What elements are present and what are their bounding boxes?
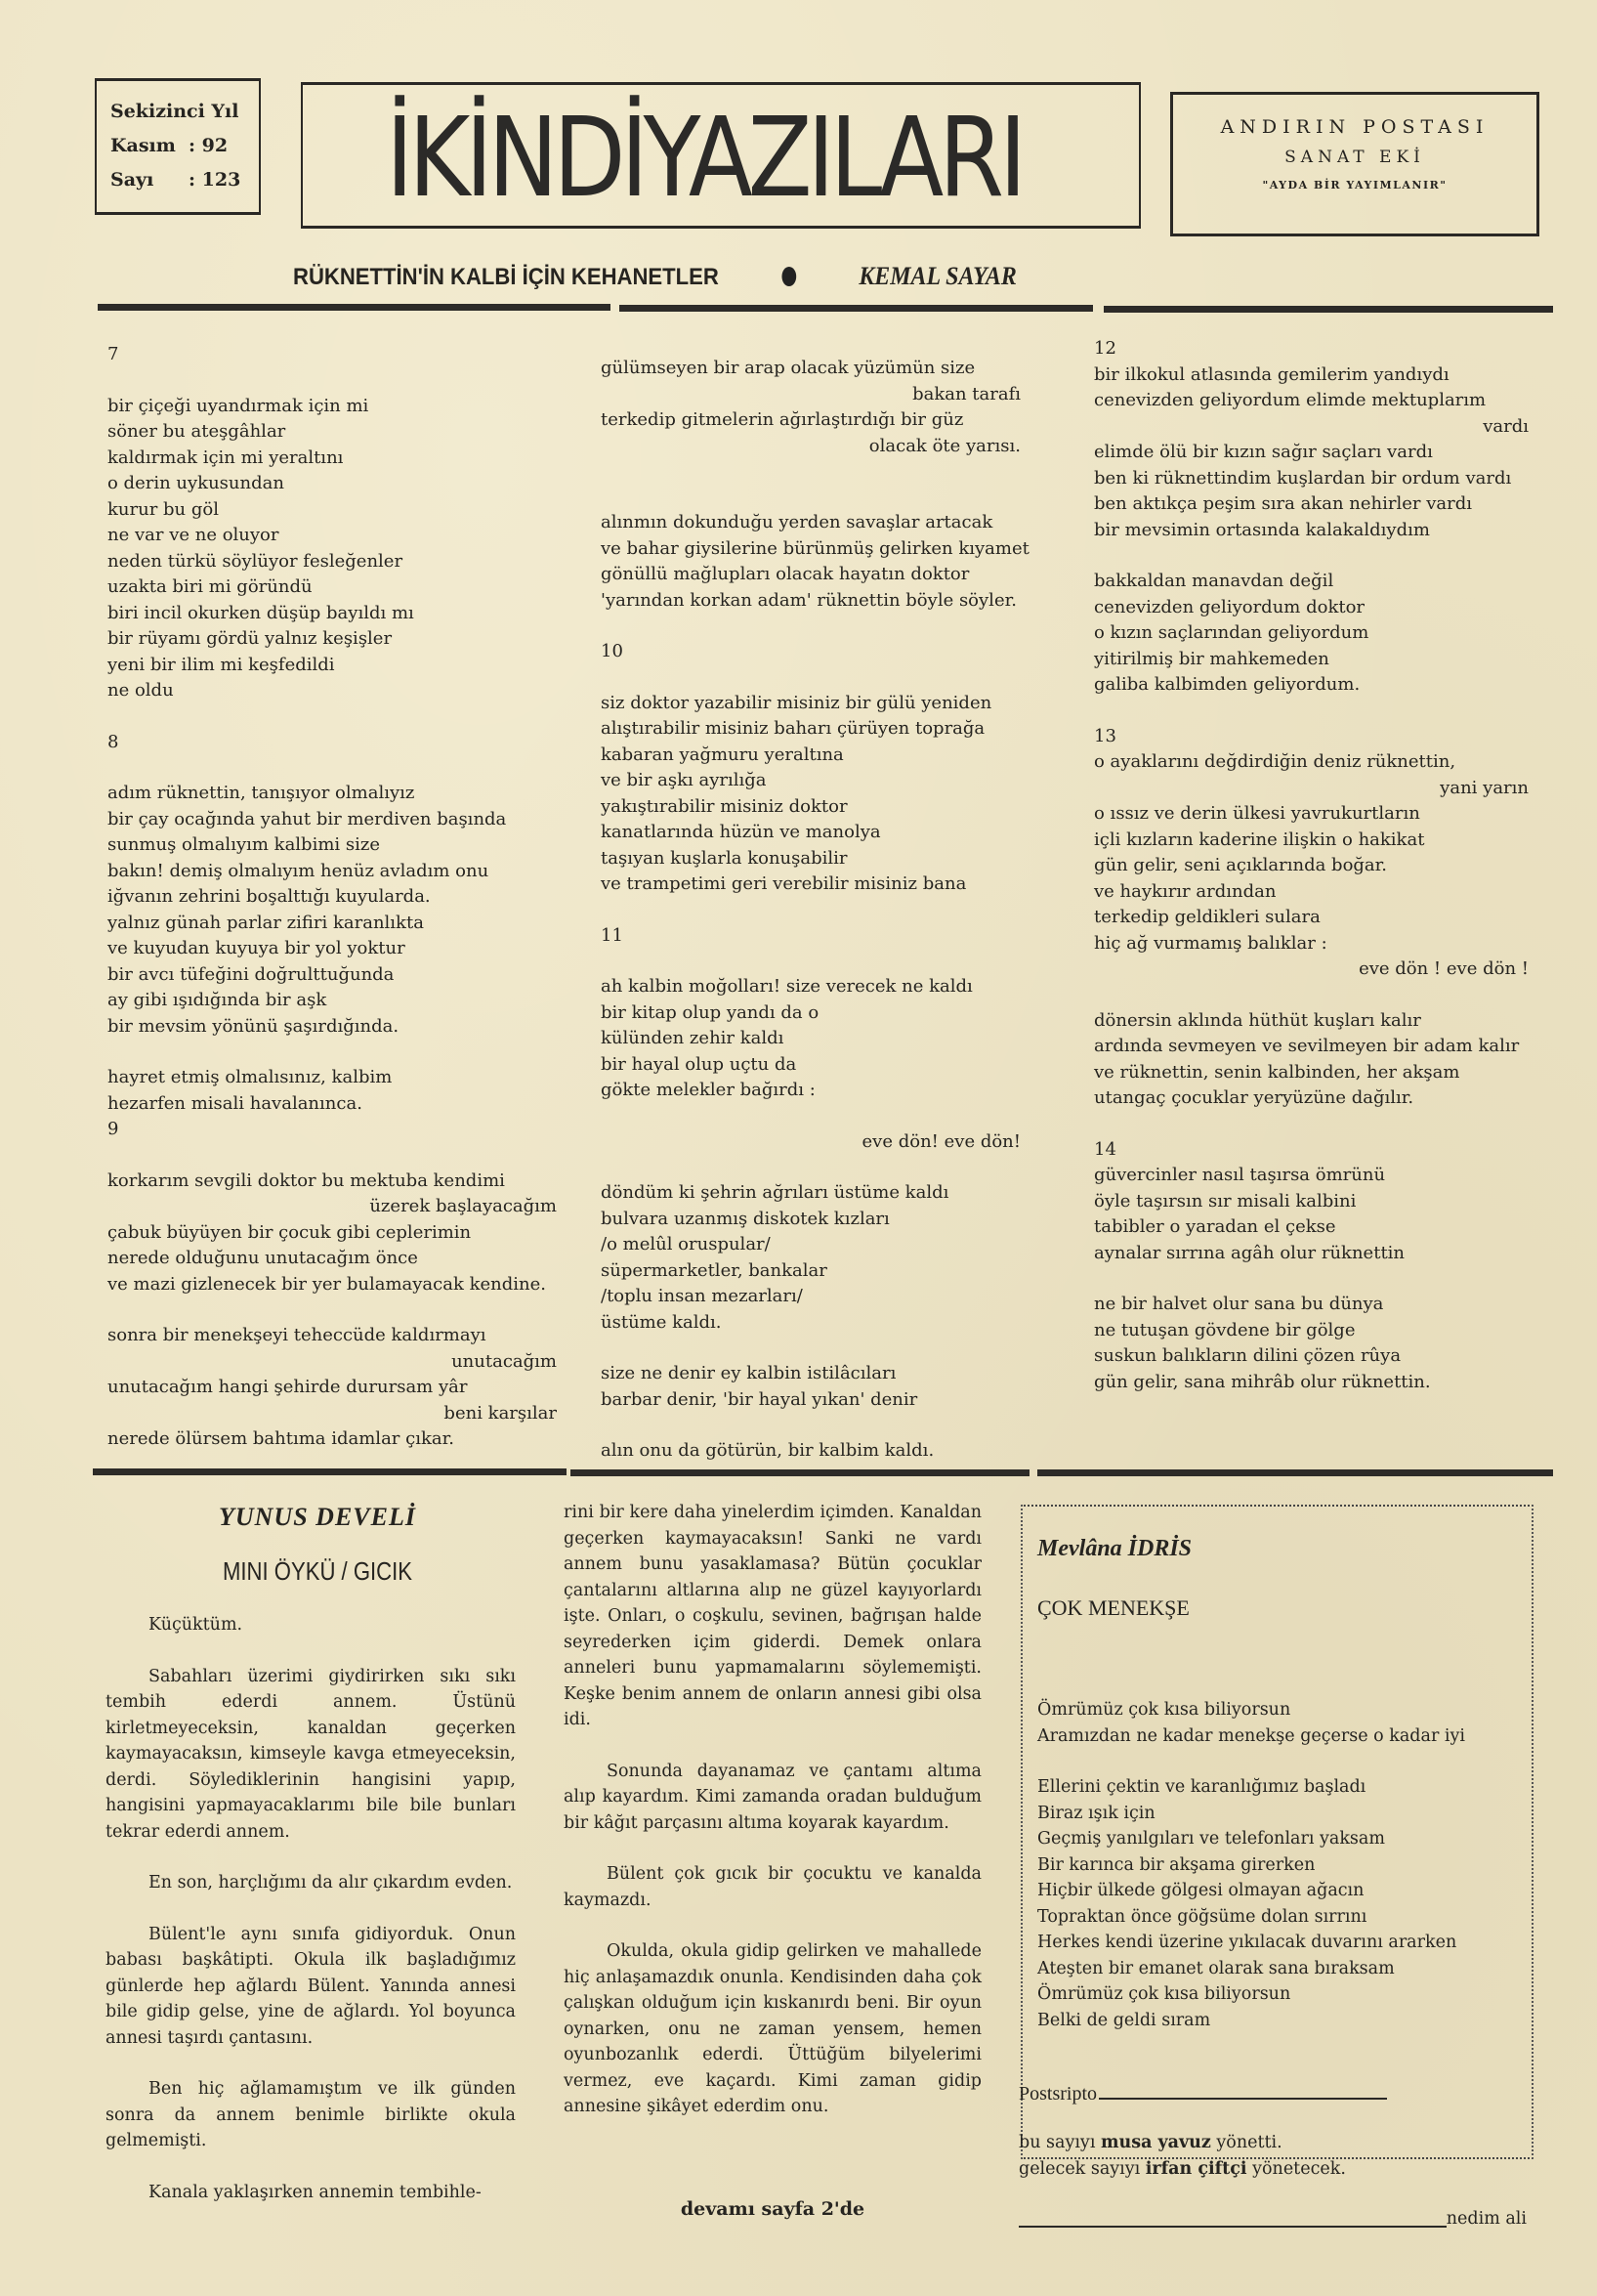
masthead-title: İKİNDİYAZILARI: [386, 85, 1022, 232]
poem-line: bir çay ocağında yahut bir merdiven başı…: [107, 807, 557, 833]
poem-line: alın onu da götürün, bir kalbim kaldı.: [601, 1438, 1021, 1465]
story-paragraph: Okulda, okula gidip gelirken ve mahalled…: [564, 1938, 982, 2120]
poem-line: o kızın saçlarından geliyordum: [1094, 620, 1529, 647]
poem-line: ne bir halvet olur sana bu dünya: [1094, 1292, 1529, 1318]
stanza-gap: [107, 1297, 557, 1323]
story-column-1: Küçüktüm.Sabahları üzerimi giydirirken s…: [105, 1612, 516, 2231]
supplement-label: SANAT EKİ: [1173, 148, 1536, 167]
stanza-gap: [601, 459, 1021, 485]
stanza-gap: [601, 1155, 1021, 1180]
story-paragraph: Küçüktüm.: [105, 1612, 516, 1638]
poem-line: ve mazi gizlenecek bir yer bulamayacak k…: [107, 1272, 557, 1298]
story-paragraph: rini bir kere daha yinelerdim içimden. K…: [564, 1500, 982, 1733]
poem-line: terkedip gitmelerin ağırlaştırdığı bir g…: [601, 407, 1021, 434]
poem-line: eve dön! eve dön!: [601, 1129, 1021, 1156]
poem-line: iğvanın zehrini boşalttığı kuyularda.: [107, 884, 557, 911]
poem-line: adım rüknettin, tanışıyor olmalıyız: [107, 781, 557, 807]
headline-rule: [619, 305, 1093, 312]
poem-line: öyle taşırsın sır misali kalbini: [1094, 1189, 1529, 1215]
section-rule: [1037, 1469, 1553, 1476]
poem-line: cenevizden geliyordum doktor: [1094, 595, 1529, 621]
poem-line: vardı: [1094, 414, 1529, 441]
stanza-gap: [1094, 983, 1529, 1008]
poem-line: ben ki rüknettindim kuşlardan bir ordum …: [1094, 466, 1529, 492]
poem-line: süpermarketler, bankalar: [601, 1258, 1021, 1285]
poem-line: neden türkü söylüyor fesleğenler: [107, 549, 557, 575]
poem-line: döndüm ki şehrin ağrıları üstüme kaldı: [601, 1180, 1021, 1207]
poem-line: taşıyan kuşlarla konuşabilir: [601, 846, 1021, 872]
poem-line: ve haykırır ardından: [1094, 879, 1529, 906]
side-poem-line: Aramızdan ne kadar menekşe geçerse o kad…: [1037, 1723, 1532, 1750]
editor-line-2: gelecek sayıyı irfan çiftçi yönetecek.: [1019, 2156, 1346, 2182]
poem-line: içli kızların kaderine ilişkin o hakikat: [1094, 828, 1529, 854]
poem-line: güvercinler nasıl taşırsa ömrünü: [1094, 1163, 1529, 1189]
poem-line: /o melûl oruspular/: [601, 1232, 1021, 1258]
poem-line: ne var ve ne oluyor: [107, 523, 557, 549]
poem-line: unutacağım: [107, 1349, 557, 1376]
poem-line: tabibler o yaradan el çekse: [1094, 1214, 1529, 1241]
poem-line: gönüllü mağlupları olacak hayatın doktor: [601, 562, 1021, 588]
poem-line: yani yarın: [1094, 776, 1529, 802]
poem-line: ne oldu: [107, 678, 557, 704]
poem-line: ve trampetimi geri verebilir misiniz ban…: [601, 872, 1021, 898]
issue-info-box: Sekizinci Yıl Kasım: 92 Sayı: 123: [95, 78, 261, 215]
poem-line: size ne denir ey kalbin istilâcıları: [601, 1361, 1021, 1387]
side-poem-line: Hiçbir ülkede gölgesi olmayan ağacın: [1037, 1878, 1532, 1904]
section-number: 13: [1094, 724, 1529, 750]
poem-line: külünden zehir kaldı: [601, 1026, 1021, 1052]
story-paragraph: En son, harçlığımı da alır çıkardım evde…: [105, 1870, 516, 1896]
stanza-gap: [601, 898, 1021, 923]
poem-line: çabuk büyüyen bir çocuk gibi ceplerimin: [107, 1220, 557, 1247]
story-paragraph: Sonunda dayanamaz ve çantamı altıma alıp…: [564, 1759, 982, 1837]
side-poem-author: Mevlâna İDRİS: [1037, 1536, 1532, 1562]
poem-line: gülümseyen bir arap olacak yüzümün size: [601, 356, 1021, 382]
poem-line: bir ilkokul atlasında gemilerim yandıydı: [1094, 362, 1529, 389]
headline-rule: [98, 304, 610, 311]
poem-line: üzerek başlayacağım: [107, 1194, 557, 1220]
side-poem-line: Belki de geldi sıram: [1037, 2008, 1532, 2034]
side-poem-line: Herkes kendi üzerine yıkılacak duvarını …: [1037, 1930, 1532, 1956]
stanza-gap: [601, 949, 1021, 974]
stanza-gap: [107, 1143, 557, 1169]
section-rule: [93, 1468, 567, 1475]
side-poem-line: Ateşten bir emanet olarak sana bıraksam: [1037, 1956, 1532, 1982]
stanza-gap: [601, 485, 1021, 510]
issue-month: Kasım: 92: [110, 129, 259, 163]
signature-rule: [1019, 2226, 1447, 2228]
poem-author: KEMAL SAYAR: [859, 262, 1017, 290]
poem-line: ardında sevmeyen ve sevilmeyen bir adam …: [1094, 1034, 1529, 1060]
section-number: 14: [1094, 1137, 1529, 1164]
poem-line: alınmın dokunduğu yerden savaşlar artaca…: [601, 510, 1021, 536]
stanza-gap: [107, 755, 557, 781]
poem-line: ve bahar giysilerine bürünmüş gelirken k…: [601, 536, 1021, 563]
poem-line: hiç ağ vurmamış balıklar :: [1094, 931, 1529, 957]
issue-number: Sayı: 123: [110, 163, 259, 197]
supplement-publisher: ANDIRIN POSTASI: [1173, 116, 1536, 138]
stanza-gap: [601, 665, 1021, 691]
poem-line: kurur bu göl: [107, 497, 557, 524]
stanza-gap: [601, 1104, 1021, 1129]
poem-line: kabaran yağmuru yeraltına: [601, 743, 1021, 769]
supplement-box: ANDIRIN POSTASI SANAT EKİ "AYDA BİR YAYI…: [1170, 92, 1539, 236]
poem-line: beni karşılar: [107, 1401, 557, 1427]
headline-rule: [1104, 306, 1553, 313]
postscript-rule: [1099, 2098, 1387, 2100]
side-poem-line: Geçmiş yanılgıları ve telefonları yaksam: [1037, 1826, 1532, 1852]
poem-line: dönersin aklında hüthüt kuşları kalır: [1094, 1008, 1529, 1035]
poem-line: bir mevsimin ortasında kalakaldıydım: [1094, 518, 1529, 544]
poem-line: sonra bir menekşeyi teheccüde kaldırmayı: [107, 1323, 557, 1349]
section-number: 10: [601, 639, 1021, 665]
poem-line: elimde ölü bir kızın sağır saçları vardı: [1094, 440, 1529, 466]
poem-column-3: 12bir ilkokul atlasında gemilerim yandıy…: [1094, 336, 1529, 1395]
stanza-gap: [1094, 1112, 1529, 1137]
side-poem-line: Ellerini çektin ve karanlığımız başladı: [1037, 1774, 1532, 1801]
supplement-frequency: "AYDA BİR YAYIMLANIR": [1173, 179, 1536, 191]
poem-line: ben aktıkça peşim sıra akan nehirler var…: [1094, 491, 1529, 518]
poem-line: gün gelir, sana mihrâb olur rüknettin.: [1094, 1370, 1529, 1396]
poem-line: siz doktor yazabilir misiniz bir gülü ye…: [601, 691, 1021, 717]
poem-headline: RÜKNETTİN'İN KALBİ İÇİN KEHANETLERKEMAL …: [293, 262, 1017, 291]
poem-line: unutacağım hangi şehirde durursam yâr: [107, 1375, 557, 1401]
poem-line: olacak öte yarısı.: [601, 434, 1021, 460]
story-author: YUNUS DEVELİ: [107, 1503, 527, 1532]
story-paragraph: Bülent çok gıcık bir çocuktu ve kanalda …: [564, 1861, 982, 1913]
masthead-title-box: İKİNDİYAZILARI: [301, 82, 1141, 229]
poem-line: utangaç çocuklar yeryüzüne dağılır.: [1094, 1085, 1529, 1112]
poem-line: bulvara uzanmış diskotek kızları: [601, 1207, 1021, 1233]
poem-column-2: gülümseyen bir arap olacak yüzümün sizeb…: [601, 356, 1021, 1465]
side-poem-line: Bir karınca bir akşama girerken: [1037, 1852, 1532, 1879]
side-poem-line: Ömrümüz çok kısa biliyorsun: [1037, 1697, 1532, 1723]
stanza-gap: [107, 704, 557, 730]
poem-line: galiba kalbimden geliyordum.: [1094, 672, 1529, 699]
postscript-label: Postsripto: [1019, 2083, 1097, 2105]
poem-line: aynalar sırrına agâh olur rüknettin: [1094, 1241, 1529, 1267]
poem-line: o ayaklarını değdirdiğin deniz rüknettin…: [1094, 749, 1529, 776]
poem-line: yeni bir ilim mi keşfedildi: [107, 653, 557, 679]
poem-line: bakın! demiş olmalıyım henüz avladım onu: [107, 859, 557, 885]
poem-line: hezarfen misali havalanınca.: [107, 1091, 557, 1118]
side-poem-line: Ömrümüz çok kısa biliyorsun: [1037, 1981, 1532, 2008]
section-number: 11: [601, 923, 1021, 950]
story-paragraph: Sabahları üzerimi giydirirken sıkı sıkı …: [105, 1664, 516, 1846]
stanza-gap: [1094, 1266, 1529, 1292]
poem-line: suskun balıkların dilini çözen rûya: [1094, 1343, 1529, 1370]
poem-line: bir mevsim yönünü şaşırdığında.: [107, 1014, 557, 1041]
postscript: Postsripto: [1019, 2083, 1387, 2105]
poem-line: ay gibi ışıdığında bir aşk: [107, 988, 557, 1014]
poem-line: ve rüknettin, senin kalbinden, her akşam: [1094, 1060, 1529, 1086]
section-number: 7: [107, 342, 557, 368]
stanza-gap: [601, 1413, 1021, 1438]
poem-line: nerede olduğunu unutacağım önce: [107, 1246, 557, 1272]
poem-line: yalnız günah parlar zifiri karanlıkta: [107, 911, 557, 937]
poem-line: ne tutuşan gövdene bir gölge: [1094, 1318, 1529, 1344]
poem-line: sunmuş olmalıyım kalbimi size: [107, 832, 557, 859]
poem-line: bir çiçeği uyandırmak için mi: [107, 394, 557, 420]
poem-line: /toplu insan mezarları/: [601, 1284, 1021, 1310]
poem-line: eve dön ! eve dön !: [1094, 957, 1529, 983]
poem-line: yitirilmiş bir mahkemeden: [1094, 647, 1529, 673]
signature: nedim ali: [1447, 2206, 1527, 2232]
section-rule: [570, 1469, 1030, 1476]
signature-line: nedim ali: [1019, 2206, 1527, 2232]
story-paragraph: Ben hiç ağlamamıştım ve ilk günden sonra…: [105, 2076, 516, 2154]
poem-line: 'yarından korkan adam' rüknettin böyle s…: [601, 588, 1021, 615]
poem-line: biri incil okurken düşüp bayıldı mı: [107, 601, 557, 627]
story-paragraph: Kanala yaklaşırken annemin tembihle-: [105, 2180, 516, 2206]
story-column-2: rini bir kere daha yinelerdim içimden. K…: [564, 1500, 982, 2146]
poem-line: ve bir aşkı ayrılığa: [601, 768, 1021, 794]
stanza-gap: [107, 368, 557, 394]
stanza-gap: [601, 614, 1021, 639]
stanza-gap: [601, 1336, 1021, 1361]
poem-line: yakıştırabilir misiniz doktor: [601, 794, 1021, 821]
poem-line: hayret etmiş olmalısınız, kalbim: [107, 1065, 557, 1091]
poem-line: bir avcı tüfeğini doğrulttuğunda: [107, 962, 557, 989]
poem-line: ve kuyudan kuyuya bir yol yoktur: [107, 936, 557, 962]
side-poem-box: Mevlâna İDRİS ÇOK MENEKŞE Ömrümüz çok kı…: [1021, 1505, 1534, 2159]
poem-line: barbar denir, 'bir hayal yıkan' denir: [601, 1387, 1021, 1414]
story-paragraph: Bülent'le aynı sınıfa gidiyorduk. Onun b…: [105, 1922, 516, 2052]
poem-line: korkarım sevgili doktor bu mektuba kendi…: [107, 1169, 557, 1195]
poem-line: cenevizden geliyordum elimde mektuplarım: [1094, 388, 1529, 414]
stanza-gap: [107, 1040, 557, 1065]
section-number: 12: [1094, 336, 1529, 362]
issue-year: Sekizinci Yıl: [110, 95, 259, 129]
side-poem-lines: Ömrümüz çok kısa biliyorsunAramızdan ne …: [1037, 1697, 1532, 2033]
section-number: 9: [107, 1117, 557, 1143]
bullet-dot-icon: [781, 267, 796, 286]
poem-title: RÜKNETTİN'İN KALBİ İÇİN KEHANETLER: [293, 264, 719, 290]
poem-line: bakkaldan manavdan değil: [1094, 569, 1529, 595]
next-editor: irfan çiftçi: [1146, 2159, 1247, 2179]
poem-line: terkedip geldikleri sulara: [1094, 905, 1529, 931]
poem-line: o ıssız ve derin ülkesi yavrukurtların: [1094, 801, 1529, 828]
poem-line: üstüme kaldı.: [601, 1310, 1021, 1337]
poem-line: söner bu ateşgâhlar: [107, 419, 557, 446]
stanza-gap: [1037, 1749, 1532, 1774]
stanza-gap: [1094, 543, 1529, 569]
poem-line: gökte melekler bağırdı :: [601, 1078, 1021, 1104]
poem-line: bakan tarafı: [601, 382, 1021, 408]
current-editor: musa yavuz: [1101, 2133, 1211, 2152]
poem-line: uzakta biri mi göründü: [107, 574, 557, 601]
side-poem-title: ÇOK MENEKŞE: [1037, 1595, 1532, 1621]
poem-line: bir hayal olup uçtu da: [601, 1052, 1021, 1079]
side-poem-line: Biraz ışık için: [1037, 1801, 1532, 1827]
poem-line: bir kitap olup yandı da o: [601, 1000, 1021, 1027]
poem-line: o derin uykusundan: [107, 471, 557, 497]
poem-line: gün gelir, seni açıklarında boğar.: [1094, 853, 1529, 879]
continued-note: devamı sayfa 2'de: [564, 2198, 982, 2220]
poem-line: nerede ölürsem bahtıma idamlar çıkar.: [107, 1426, 557, 1453]
poem-column-1: 7bir çiçeği uyandırmak için misöner bu a…: [107, 342, 557, 1453]
poem-line: bir rüyamı gördü yalnız keşişler: [107, 626, 557, 653]
poem-line: kaldırmak için mi yeraltını: [107, 446, 557, 472]
stanza-gap: [1094, 699, 1529, 724]
side-poem-line: Topraktan önce göğsüme dolan sırrını: [1037, 1904, 1532, 1931]
section-number: 8: [107, 730, 557, 756]
poem-line: kanatlarında hüzün ve manolya: [601, 820, 1021, 846]
poem-line: alıştırabilir misiniz baharı çürüyen top…: [601, 716, 1021, 743]
story-title: MINI ÖYKÜ / GICIK: [139, 1556, 496, 1587]
poem-line: ah kalbin moğolları! size verecek ne kal…: [601, 974, 1021, 1000]
editor-line-1: bu sayıyı musa yavuz yönetti.: [1019, 2130, 1282, 2155]
